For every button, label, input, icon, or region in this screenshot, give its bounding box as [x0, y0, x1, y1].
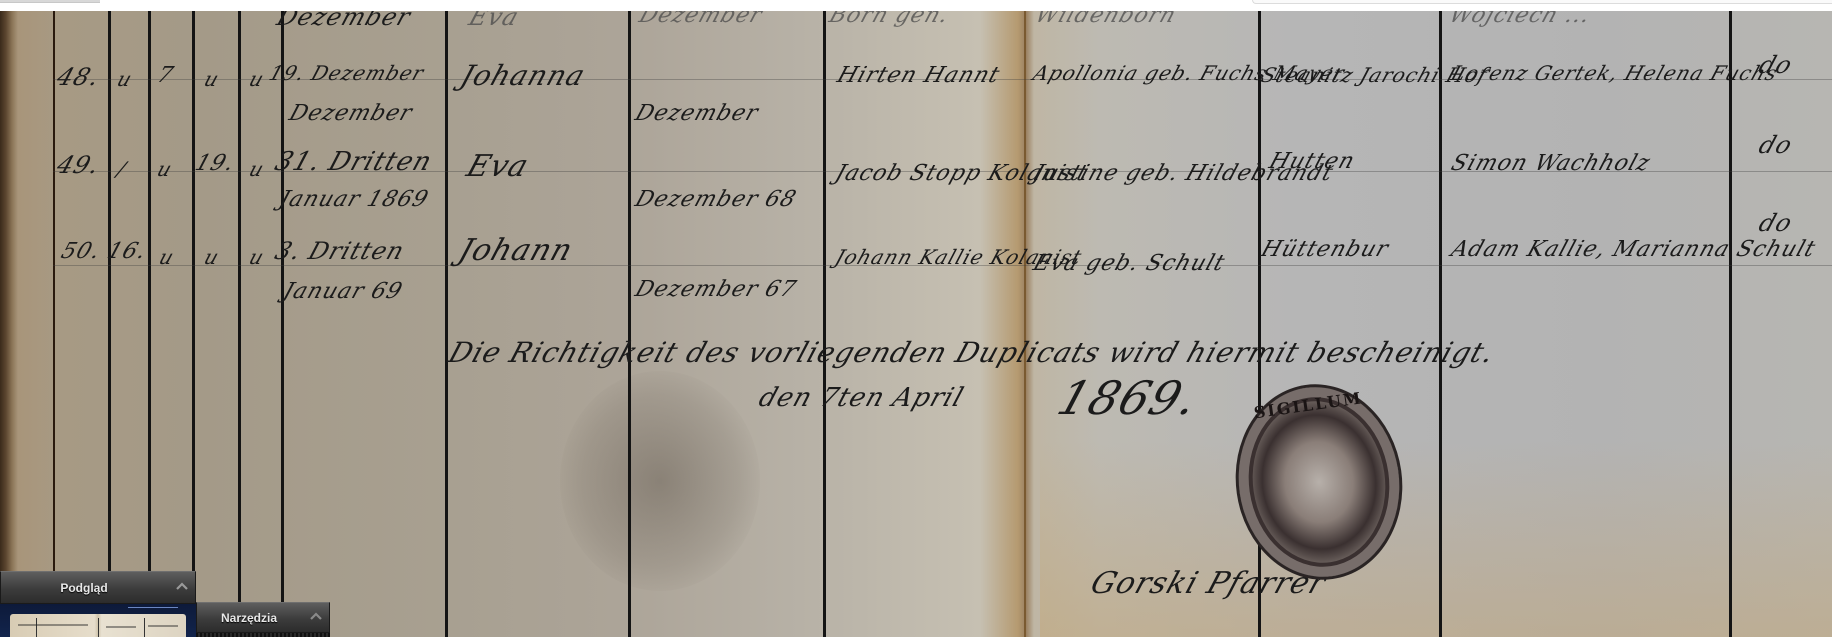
entry-parent: Hirten Hannt: [834, 63, 1003, 88]
entry-date-month: Dezember: [286, 101, 416, 126]
handwriting-mother: Wildenborn: [1032, 11, 1180, 28]
ink-stain: [560, 371, 760, 591]
paper-discoloration: [1040, 441, 1832, 637]
thumb-text: [106, 626, 136, 628]
entry-margin-ditto: do: [1755, 209, 1796, 237]
thumb-text: [148, 625, 178, 627]
column-rule: [823, 11, 826, 637]
preview-panel-title: Podgląd: [1, 572, 167, 603]
seal-text: SIGILLUM: [1228, 385, 1389, 426]
entry-col2: 16.: [104, 239, 150, 264]
preview-panel-header[interactable]: Podgląd: [0, 571, 196, 604]
entry-col4: 19.: [192, 151, 238, 176]
handwriting-name: Eva: [465, 11, 522, 31]
column-rule: [192, 11, 195, 637]
top-toolbar[interactable]: [1252, 0, 1832, 4]
entry-col-e: Hutten: [1266, 149, 1358, 174]
entry-number: 49.: [53, 151, 103, 179]
entry-col-b: Dezember 67: [632, 277, 800, 302]
entry-col5: u: [246, 157, 268, 181]
entry-name: Eva: [462, 149, 533, 184]
certification-text: Die Richtigkeit des vorliegenden Duplica…: [445, 336, 1500, 369]
entry-date-month: Januar 1869: [276, 187, 432, 212]
column-rule: [1439, 11, 1442, 637]
chevron-up-icon[interactable]: [310, 612, 322, 620]
top-bar: [0, 0, 1832, 11]
column-rule: [108, 11, 111, 637]
certification-year: 1869.: [1051, 371, 1205, 425]
page-fold: [1024, 11, 1026, 637]
entry-col3: u: [154, 157, 176, 181]
handwriting-date: Dezember: [273, 11, 414, 31]
tools-panel-header[interactable]: Narzędzia: [196, 602, 330, 633]
handwriting-col-b: Dezember: [636, 11, 766, 28]
column-rule: [148, 11, 151, 637]
thumb-rule: [36, 618, 37, 637]
handwriting-godparents: Wojciech ...: [1446, 11, 1594, 28]
certification-date: den 7ten April: [755, 383, 968, 413]
tools-panel-title: Narzędzia: [197, 603, 301, 632]
preview-highlight: [128, 607, 178, 608]
thumb-text: [18, 624, 88, 626]
entry-margin-ditto: do: [1755, 51, 1796, 79]
column-rule: [628, 11, 631, 637]
entry-godparents: Lorenz Gertek, Helena Fuchs: [1448, 61, 1781, 85]
entry-number: 48.: [53, 63, 103, 91]
entry-name: Johanna: [457, 59, 590, 92]
entry-date-month: Januar 69: [280, 279, 406, 304]
column-rule: [1729, 11, 1732, 637]
handwriting-parent: Born gen.: [826, 11, 952, 28]
tools-panel-body: [196, 633, 330, 637]
entry-name: Johann: [454, 233, 577, 268]
entry-date: 19. Dezember: [266, 61, 427, 85]
column-rule: [445, 11, 448, 637]
preview-thumbnail-area[interactable]: [0, 604, 197, 637]
entry-date: 31. Dritten: [271, 147, 436, 177]
entry-number: 50.: [58, 239, 104, 264]
document-viewer[interactable]: Dezember Eva Dezember Born gen. Wildenbo…: [0, 11, 1832, 637]
entry-col-b: Dezember 68: [632, 187, 800, 212]
page-thumbnail[interactable]: [10, 614, 186, 637]
column-rule: [238, 11, 241, 637]
entry-col-b: Dezember: [632, 101, 762, 126]
entry-godparents: Adam Kallie, Marianna Schult: [1448, 237, 1819, 262]
column-rule: [53, 11, 55, 637]
entry-col3: 7: [154, 63, 177, 88]
entry-date: 3. Dritten: [271, 237, 408, 265]
thumb-rule: [98, 618, 99, 637]
entry-mother: Eva geb. Schult: [1030, 251, 1229, 276]
chevron-up-icon[interactable]: [176, 582, 188, 590]
entry-margin-ditto: do: [1755, 131, 1796, 159]
entry-godparents: Simon Wachholz: [1448, 151, 1654, 176]
entry-col2: /: [114, 157, 130, 181]
top-left-tab[interactable]: [0, 0, 100, 3]
entry-col-e: Hüttenbur: [1258, 237, 1392, 262]
thumb-rule: [144, 618, 145, 637]
column-rule: [281, 11, 284, 637]
